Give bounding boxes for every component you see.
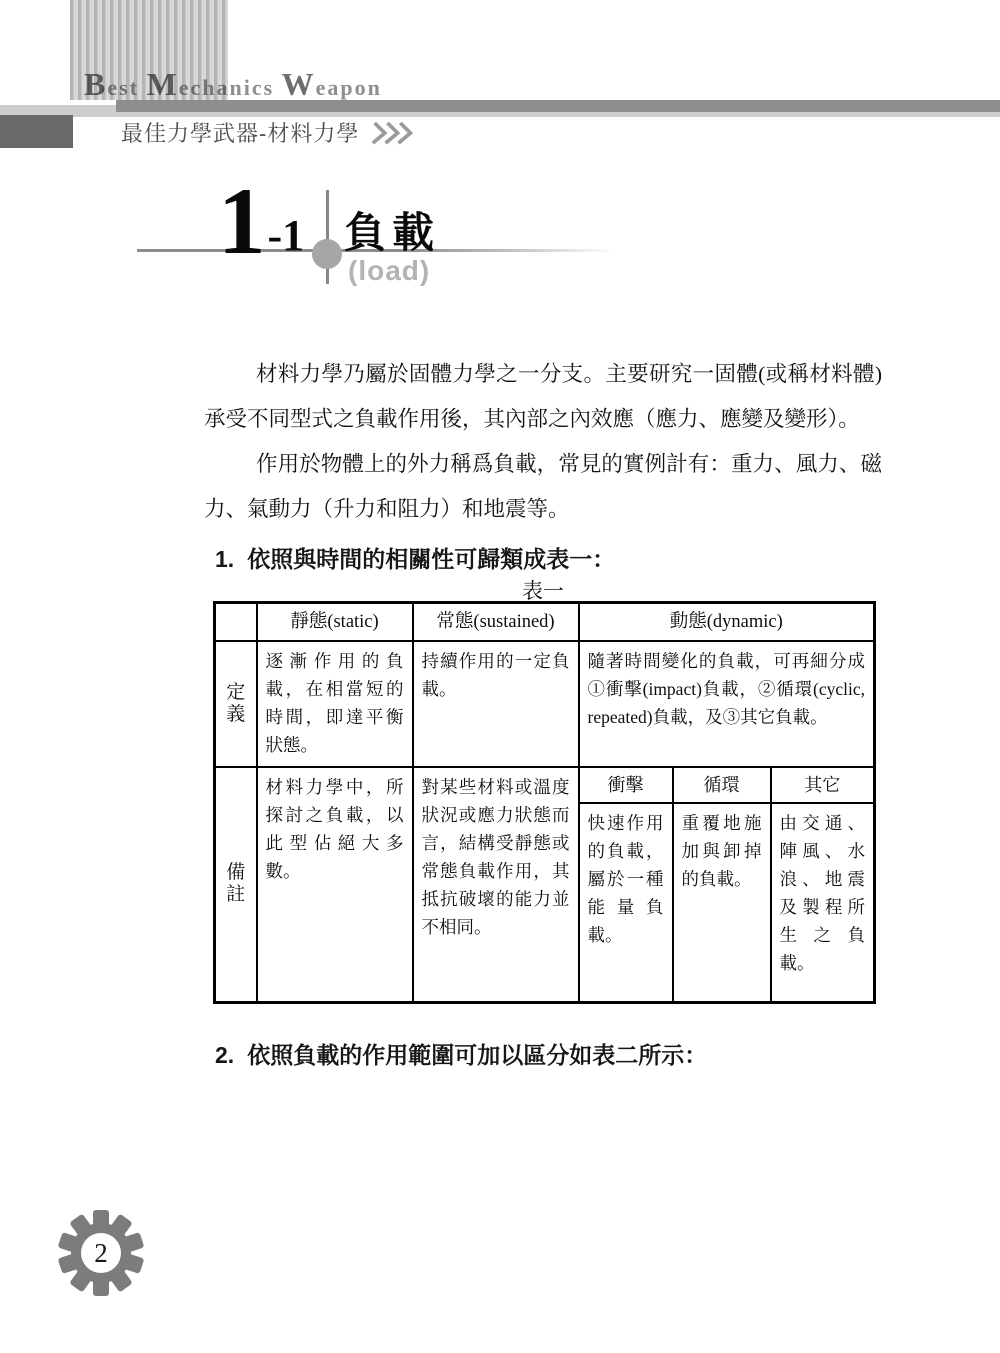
header-title-row: 最佳力學武器-材料力學 <box>121 117 415 148</box>
list-item-2: 2. 依照負載的作用範圍可加以區分如表二所示： <box>215 1037 707 1070</box>
list-item-text: 依照與時間的相關性可歸類成表一： <box>247 541 615 574</box>
list-item-number: 2. <box>215 1042 234 1069</box>
section-subtitle: (load) <box>348 255 430 287</box>
list-item-1: 1. 依照與時間的相關性可歸類成表一： <box>215 541 615 574</box>
table-one: 靜態(static) 常態(sustained) 動態(dynamic) 定義 … <box>213 601 876 1004</box>
header-left-block <box>0 115 73 148</box>
body-text: 材料力學乃屬於固體力學之一分支。主要研究一固體(或稱材料體)承受不同型式之負載作… <box>204 352 882 532</box>
col-header-sustained: 常態(sustained) <box>413 603 579 641</box>
paragraph: 作用於物體上的外力稱爲負載，常見的實例計有：重力、風力、磁力、氣動力（升力和阻力… <box>204 442 882 532</box>
table-row-definition: 定義 逐漸作用的負載，在相當短的時間，即達平衡狀態。 持續作用的一定負載。 隨著… <box>215 641 875 767</box>
col-header-static: 靜態(static) <box>257 603 413 641</box>
section-title: 負載 <box>344 200 440 260</box>
list-item-text: 依照負載的作用範圍可加以區分如表二所示： <box>247 1037 707 1070</box>
subheader-impact: 衝擊 <box>579 767 673 803</box>
col-header-dynamic: 動態(dynamic) <box>579 603 875 641</box>
section-crosshair-vline <box>326 190 329 284</box>
row-label-remark: 備註 <box>215 767 257 1003</box>
cell-remark-impact: 快速作用的負載，屬於一種能量負載。 <box>579 803 673 1003</box>
table-header-row: 靜態(static) 常態(sustained) 動態(dynamic) <box>215 603 875 641</box>
book-page: Best Mechanics Weapon 最佳力學武器-材料力學 1 -1 負… <box>0 0 1000 1353</box>
banner-title: Best Mechanics Weapon <box>84 66 382 103</box>
triple-chevron-right-icon <box>371 121 415 145</box>
cell-remark-static: 材料力學中，所探討之負載，以此型佔絕大多數。 <box>257 767 413 1003</box>
section-number: 1 -1 <box>218 186 304 256</box>
cell-remark-sustained: 對某些材料或溫度狀況或應力狀態而言，結構受靜態或常態負載作用，其抵抗破壞的能力並… <box>413 767 579 1003</box>
list-item-number: 1. <box>215 546 234 573</box>
cell-definition-static: 逐漸作用的負載，在相當短的時間，即達平衡狀態。 <box>257 641 413 767</box>
table-row-remark-subheader: 備註 材料力學中，所探討之負載，以此型佔絕大多數。 對某些材料或溫度狀況或應力狀… <box>215 767 875 803</box>
book-title: 最佳力學武器-材料力學 <box>121 117 359 148</box>
cell-remark-other: 由交通、陣風、水浪、地震及製程所生之負載。 <box>771 803 875 1003</box>
row-label-definition: 定義 <box>215 641 257 767</box>
table-corner-cell <box>215 603 257 641</box>
header-bar-dark <box>116 100 1000 112</box>
section-number-big: 1 <box>218 186 266 256</box>
section-crosshair-circle <box>312 239 342 269</box>
subheader-cyclic: 循環 <box>673 767 771 803</box>
page-number: 2 <box>94 1238 108 1268</box>
subheader-other: 其它 <box>771 767 875 803</box>
paragraph: 材料力學乃屬於固體力學之一分支。主要研究一固體(或稱材料體)承受不同型式之負載作… <box>204 352 882 442</box>
cell-definition-sustained: 持續作用的一定負載。 <box>413 641 579 767</box>
cell-remark-cyclic: 重覆地施加與卸掉的負載。 <box>673 803 771 1003</box>
gear-icon: 2 <box>56 1208 146 1298</box>
cell-definition-dynamic: 隨著時間變化的負載，可再細分成①衝擊(impact)負載，②循環(cyclic,… <box>579 641 875 767</box>
section-number-sub: -1 <box>268 216 305 256</box>
